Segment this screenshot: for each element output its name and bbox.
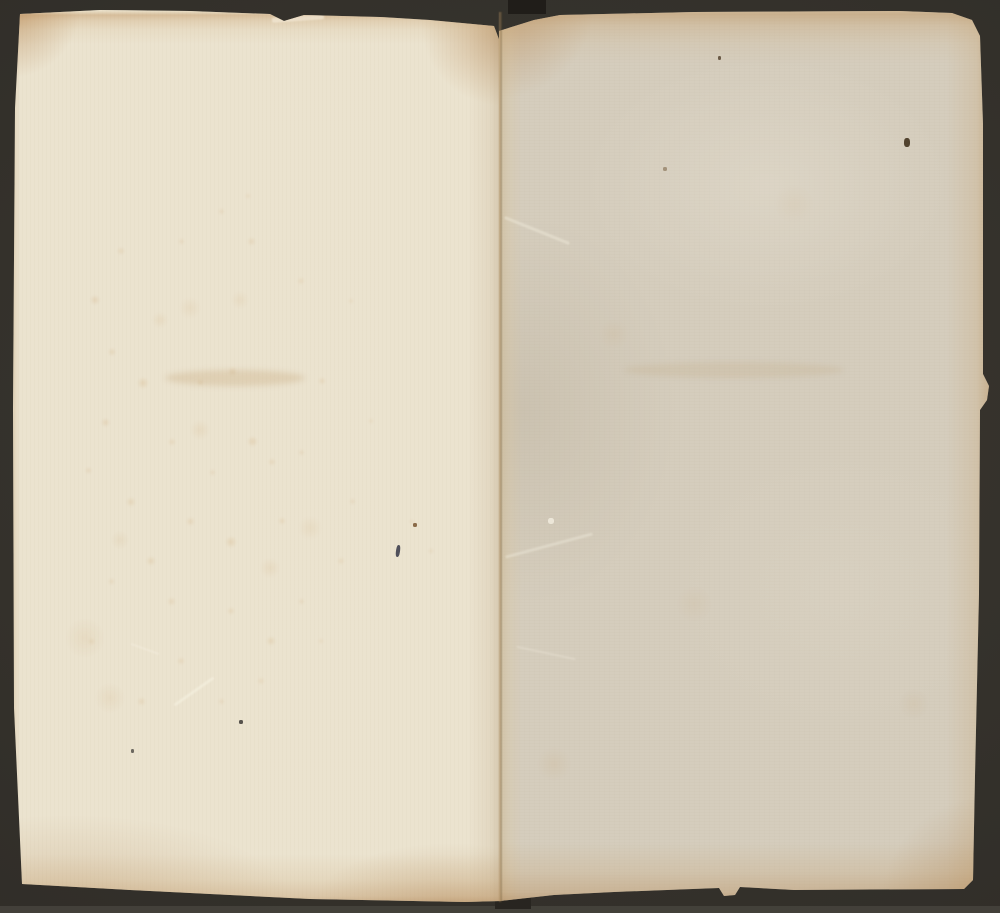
- foxing-stain: [676, 586, 712, 622]
- ink-speck: [413, 523, 417, 527]
- foxing-stain: [266, 636, 276, 646]
- foxing-stain: [108, 578, 115, 585]
- foxing-stain: [368, 418, 374, 424]
- ink-speck: [395, 545, 401, 557]
- foxing-stain: [65, 618, 105, 658]
- foxing-stain: [209, 469, 216, 476]
- foxing-stain: [247, 237, 256, 246]
- foxing-stain: [227, 607, 235, 615]
- gutter-seam: [499, 12, 502, 902]
- ink-speck: [904, 138, 910, 147]
- age-smudge: [165, 370, 305, 386]
- foxing-stain: [245, 193, 251, 199]
- age-smudge: [624, 362, 844, 378]
- foxing-stain: [428, 548, 434, 554]
- paper-crease: [504, 216, 570, 245]
- foxing-stain: [177, 657, 185, 665]
- foxing-stain: [599, 319, 629, 349]
- foxing-stain: [88, 638, 95, 645]
- foxing-stain: [297, 277, 305, 285]
- foxing-stain: [218, 208, 225, 215]
- spine-head-tab: [508, 0, 546, 14]
- foxing-stain: [278, 517, 286, 525]
- foxing-stain: [247, 436, 258, 447]
- foxing-stain: [117, 247, 125, 255]
- ink-speck: [131, 749, 134, 753]
- foxing-stain: [167, 597, 176, 606]
- foxing-stain: [108, 348, 116, 356]
- foxing-stain: [337, 557, 345, 565]
- foxing-stain: [349, 498, 356, 505]
- foxing-stain: [101, 418, 110, 427]
- ink-speck: [239, 720, 243, 724]
- foxing-stain: [179, 297, 201, 319]
- foxing-stain: [260, 558, 280, 578]
- paper-crease: [173, 677, 214, 707]
- left-page-marks: [10, 8, 502, 906]
- foxing-stain: [137, 377, 149, 389]
- foxing-stain: [146, 556, 156, 566]
- right-page-marks: [494, 4, 990, 906]
- foxing-stain: [190, 420, 210, 440]
- foxing-stain: [95, 683, 125, 713]
- ink-speck: [718, 56, 721, 60]
- foxing-stain: [197, 379, 204, 386]
- foxing-stain: [231, 291, 249, 309]
- foxing-stain: [111, 531, 129, 549]
- foxing-stain: [774, 184, 814, 224]
- foxing-stain: [348, 298, 354, 304]
- foxing-stain: [186, 517, 195, 526]
- paper-crease: [516, 646, 575, 660]
- paper-crease: [505, 532, 593, 558]
- foxing-stain: [85, 467, 92, 474]
- foxing-stain: [178, 238, 185, 245]
- foxing-stain: [268, 458, 276, 466]
- foxing-stain: [899, 689, 929, 719]
- foxing-stain: [318, 638, 324, 644]
- foxing-stain: [225, 536, 237, 548]
- foxing-stain: [298, 598, 305, 605]
- foxing-stain: [218, 698, 225, 705]
- paper-crease: [272, 14, 324, 23]
- foxing-stain: [137, 697, 146, 706]
- ink-speck: [663, 167, 667, 171]
- foxing-stain: [257, 677, 265, 685]
- foxing-stain: [152, 312, 168, 328]
- ink-speck: [548, 518, 554, 524]
- foxing-stain: [537, 747, 571, 781]
- foxing-stain: [298, 516, 322, 540]
- right-page: [494, 4, 990, 906]
- left-page: [10, 8, 502, 906]
- foxing-stain: [298, 449, 305, 456]
- foxing-stain: [168, 438, 176, 446]
- foxing-stain: [409, 519, 414, 524]
- scanned-book-spread: [0, 0, 1000, 913]
- foxing-stain: [90, 295, 100, 305]
- foxing-stain: [228, 367, 237, 376]
- foxing-stain: [126, 497, 136, 507]
- paper-crease: [131, 643, 160, 655]
- foxing-stain: [318, 377, 326, 385]
